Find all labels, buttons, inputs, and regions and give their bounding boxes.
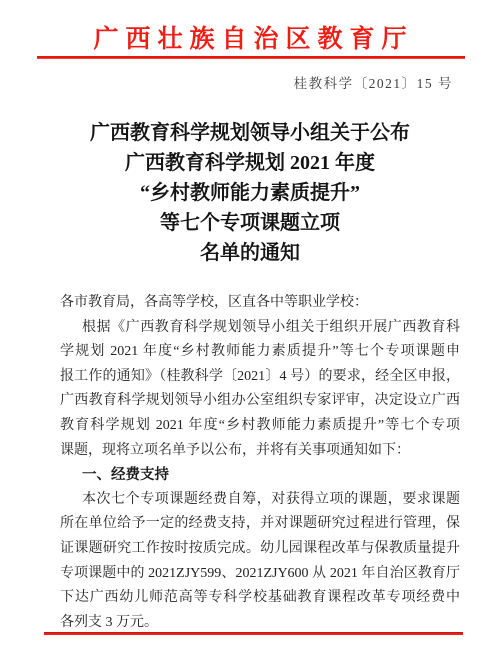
body-line: 下达广西幼儿师范高等专科学校基础教育课程改革专项经费中	[60, 586, 460, 611]
section-heading: 一、经费支持	[60, 463, 460, 488]
title-line: 广西教育科学规划领导小组关于公布	[0, 118, 500, 148]
letterhead-divider	[37, 56, 465, 59]
title-line: 等七个专项课题立项	[0, 208, 500, 238]
bottom-red-rule	[44, 632, 463, 635]
title-line: “乡村教师能力素质提升”	[0, 178, 500, 208]
body-line: 报工作的通知》（桂教科学〔2021〕4 号）的要求，经全区申报，	[60, 365, 460, 390]
document-body: 各市教育局，各高等学校，区直各中等职业学校： 根据《广西教育科学规划领导小组关于…	[60, 291, 460, 635]
body-line: 所在单位给予一定的经费支持，并对课题研究过程进行管理，保	[60, 512, 460, 537]
letterhead-agency-name: 广西壮族自治区教育厅	[0, 19, 500, 55]
body-line: 课题，现将立项名单予以公布，并将有关事项通知如下：	[60, 439, 460, 464]
body-line: 教育科学规划 2021 年度“乡村教师能力素质提升”等七个专项	[60, 414, 460, 439]
body-line: 证课题研究工作按时按质完成。幼儿园课程改革与保教质量提升	[60, 537, 460, 562]
body-line: 专项课题中的 2021ZJY599、2021ZJY600 从 2021 年自治区…	[60, 562, 460, 587]
title-line: 广西教育科学规划 2021 年度	[0, 148, 500, 178]
salutation-line: 各市教育局，各高等学校，区直各中等职业学校：	[60, 291, 460, 316]
body-line: 本次七个专项课题经费自筹，对获得立项的课题，要求课题	[60, 488, 460, 513]
body-line: 广西教育科学规划领导小组办公室组织专家评审，决定设立广西	[60, 389, 460, 414]
title-line: 名单的通知	[0, 238, 500, 268]
document-page: 广西壮族自治区教育厅 桂教科学〔2021〕15 号 广西教育科学规划领导小组关于…	[0, 0, 500, 669]
body-line: 学规划 2021 年度“乡村教师能力素质提升”等七个专项课题申	[60, 340, 460, 365]
body-line: 根据《广西教育科学规划领导小组关于组织开展广西教育科	[60, 316, 460, 341]
document-title: 广西教育科学规划领导小组关于公布 广西教育科学规划 2021 年度 “乡村教师能…	[0, 118, 500, 268]
document-number: 桂教科学〔2021〕15 号	[294, 72, 453, 92]
